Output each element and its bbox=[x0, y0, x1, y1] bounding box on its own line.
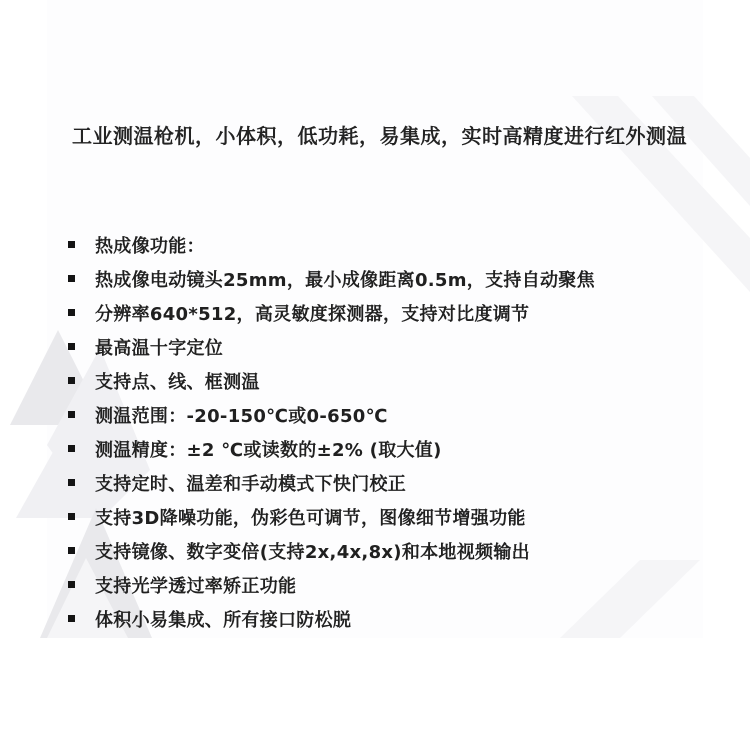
feature-text: 支持定时、温差和手动模式下快门校正 bbox=[95, 470, 406, 496]
list-item: 体积小易集成、所有接口防松脱 bbox=[68, 602, 688, 636]
bullet-square-icon bbox=[68, 309, 75, 316]
bullet-square-icon bbox=[68, 615, 75, 622]
list-item: 测温范围：-20-150℃或0-650℃ bbox=[68, 398, 688, 432]
list-item: 支持3D降噪功能，伪彩色可调节，图像细节增强功能 bbox=[68, 500, 688, 534]
bullet-square-icon bbox=[68, 513, 75, 520]
feature-text: 体积小易集成、所有接口防松脱 bbox=[95, 606, 351, 632]
feature-text: 支持3D降噪功能，伪彩色可调节，图像细节增强功能 bbox=[95, 504, 526, 530]
bullet-square-icon bbox=[68, 547, 75, 554]
feature-text: 热成像功能： bbox=[95, 232, 205, 258]
list-item: 测温精度：±2 ℃或读数的±2% (取大值) bbox=[68, 432, 688, 466]
bullet-square-icon bbox=[68, 275, 75, 282]
feature-list: 热成像功能： 热成像电动镜头25mm，最小成像距离0.5m，支持自动聚焦 分辨率… bbox=[68, 228, 688, 636]
list-item: 热成像功能： bbox=[68, 228, 688, 262]
list-item: 最高温十字定位 bbox=[68, 330, 688, 364]
list-item: 分辨率640*512，高灵敏度探测器，支持对比度调节 bbox=[68, 296, 688, 330]
list-item: 支持定时、温差和手动模式下快门校正 bbox=[68, 466, 688, 500]
list-item: 热成像电动镜头25mm，最小成像距离0.5m，支持自动聚焦 bbox=[68, 262, 688, 296]
feature-text: 测温范围：-20-150℃或0-650℃ bbox=[95, 402, 388, 428]
bullet-square-icon bbox=[68, 377, 75, 384]
feature-text: 最高温十字定位 bbox=[95, 334, 223, 360]
feature-text: 支持镜像、数字变倍(支持2x,4x,8x)和本地视频输出 bbox=[95, 538, 530, 564]
bullet-square-icon bbox=[68, 445, 75, 452]
feature-text: 热成像电动镜头25mm，最小成像距离0.5m，支持自动聚焦 bbox=[95, 266, 595, 292]
feature-text: 测温精度：±2 ℃或读数的±2% (取大值) bbox=[95, 436, 442, 462]
list-item: 支持镜像、数字变倍(支持2x,4x,8x)和本地视频输出 bbox=[68, 534, 688, 568]
feature-text: 分辨率640*512，高灵敏度探测器，支持对比度调节 bbox=[95, 300, 529, 326]
bullet-square-icon bbox=[68, 479, 75, 486]
page-title: 工业测温枪机，小体积，低功耗，易集成，实时高精度进行红外测温 bbox=[72, 123, 682, 150]
list-item: 支持点、线、框测温 bbox=[68, 364, 688, 398]
feature-text: 支持点、线、框测温 bbox=[95, 368, 260, 394]
list-item: 支持光学透过率矫正功能 bbox=[68, 568, 688, 602]
document-page: 工业测温枪机，小体积，低功耗，易集成，实时高精度进行红外测温 热成像功能： 热成… bbox=[0, 0, 750, 750]
bullet-square-icon bbox=[68, 411, 75, 418]
bullet-square-icon bbox=[68, 581, 75, 588]
feature-text: 支持光学透过率矫正功能 bbox=[95, 572, 296, 598]
bullet-square-icon bbox=[68, 343, 75, 350]
bullet-square-icon bbox=[68, 241, 75, 248]
